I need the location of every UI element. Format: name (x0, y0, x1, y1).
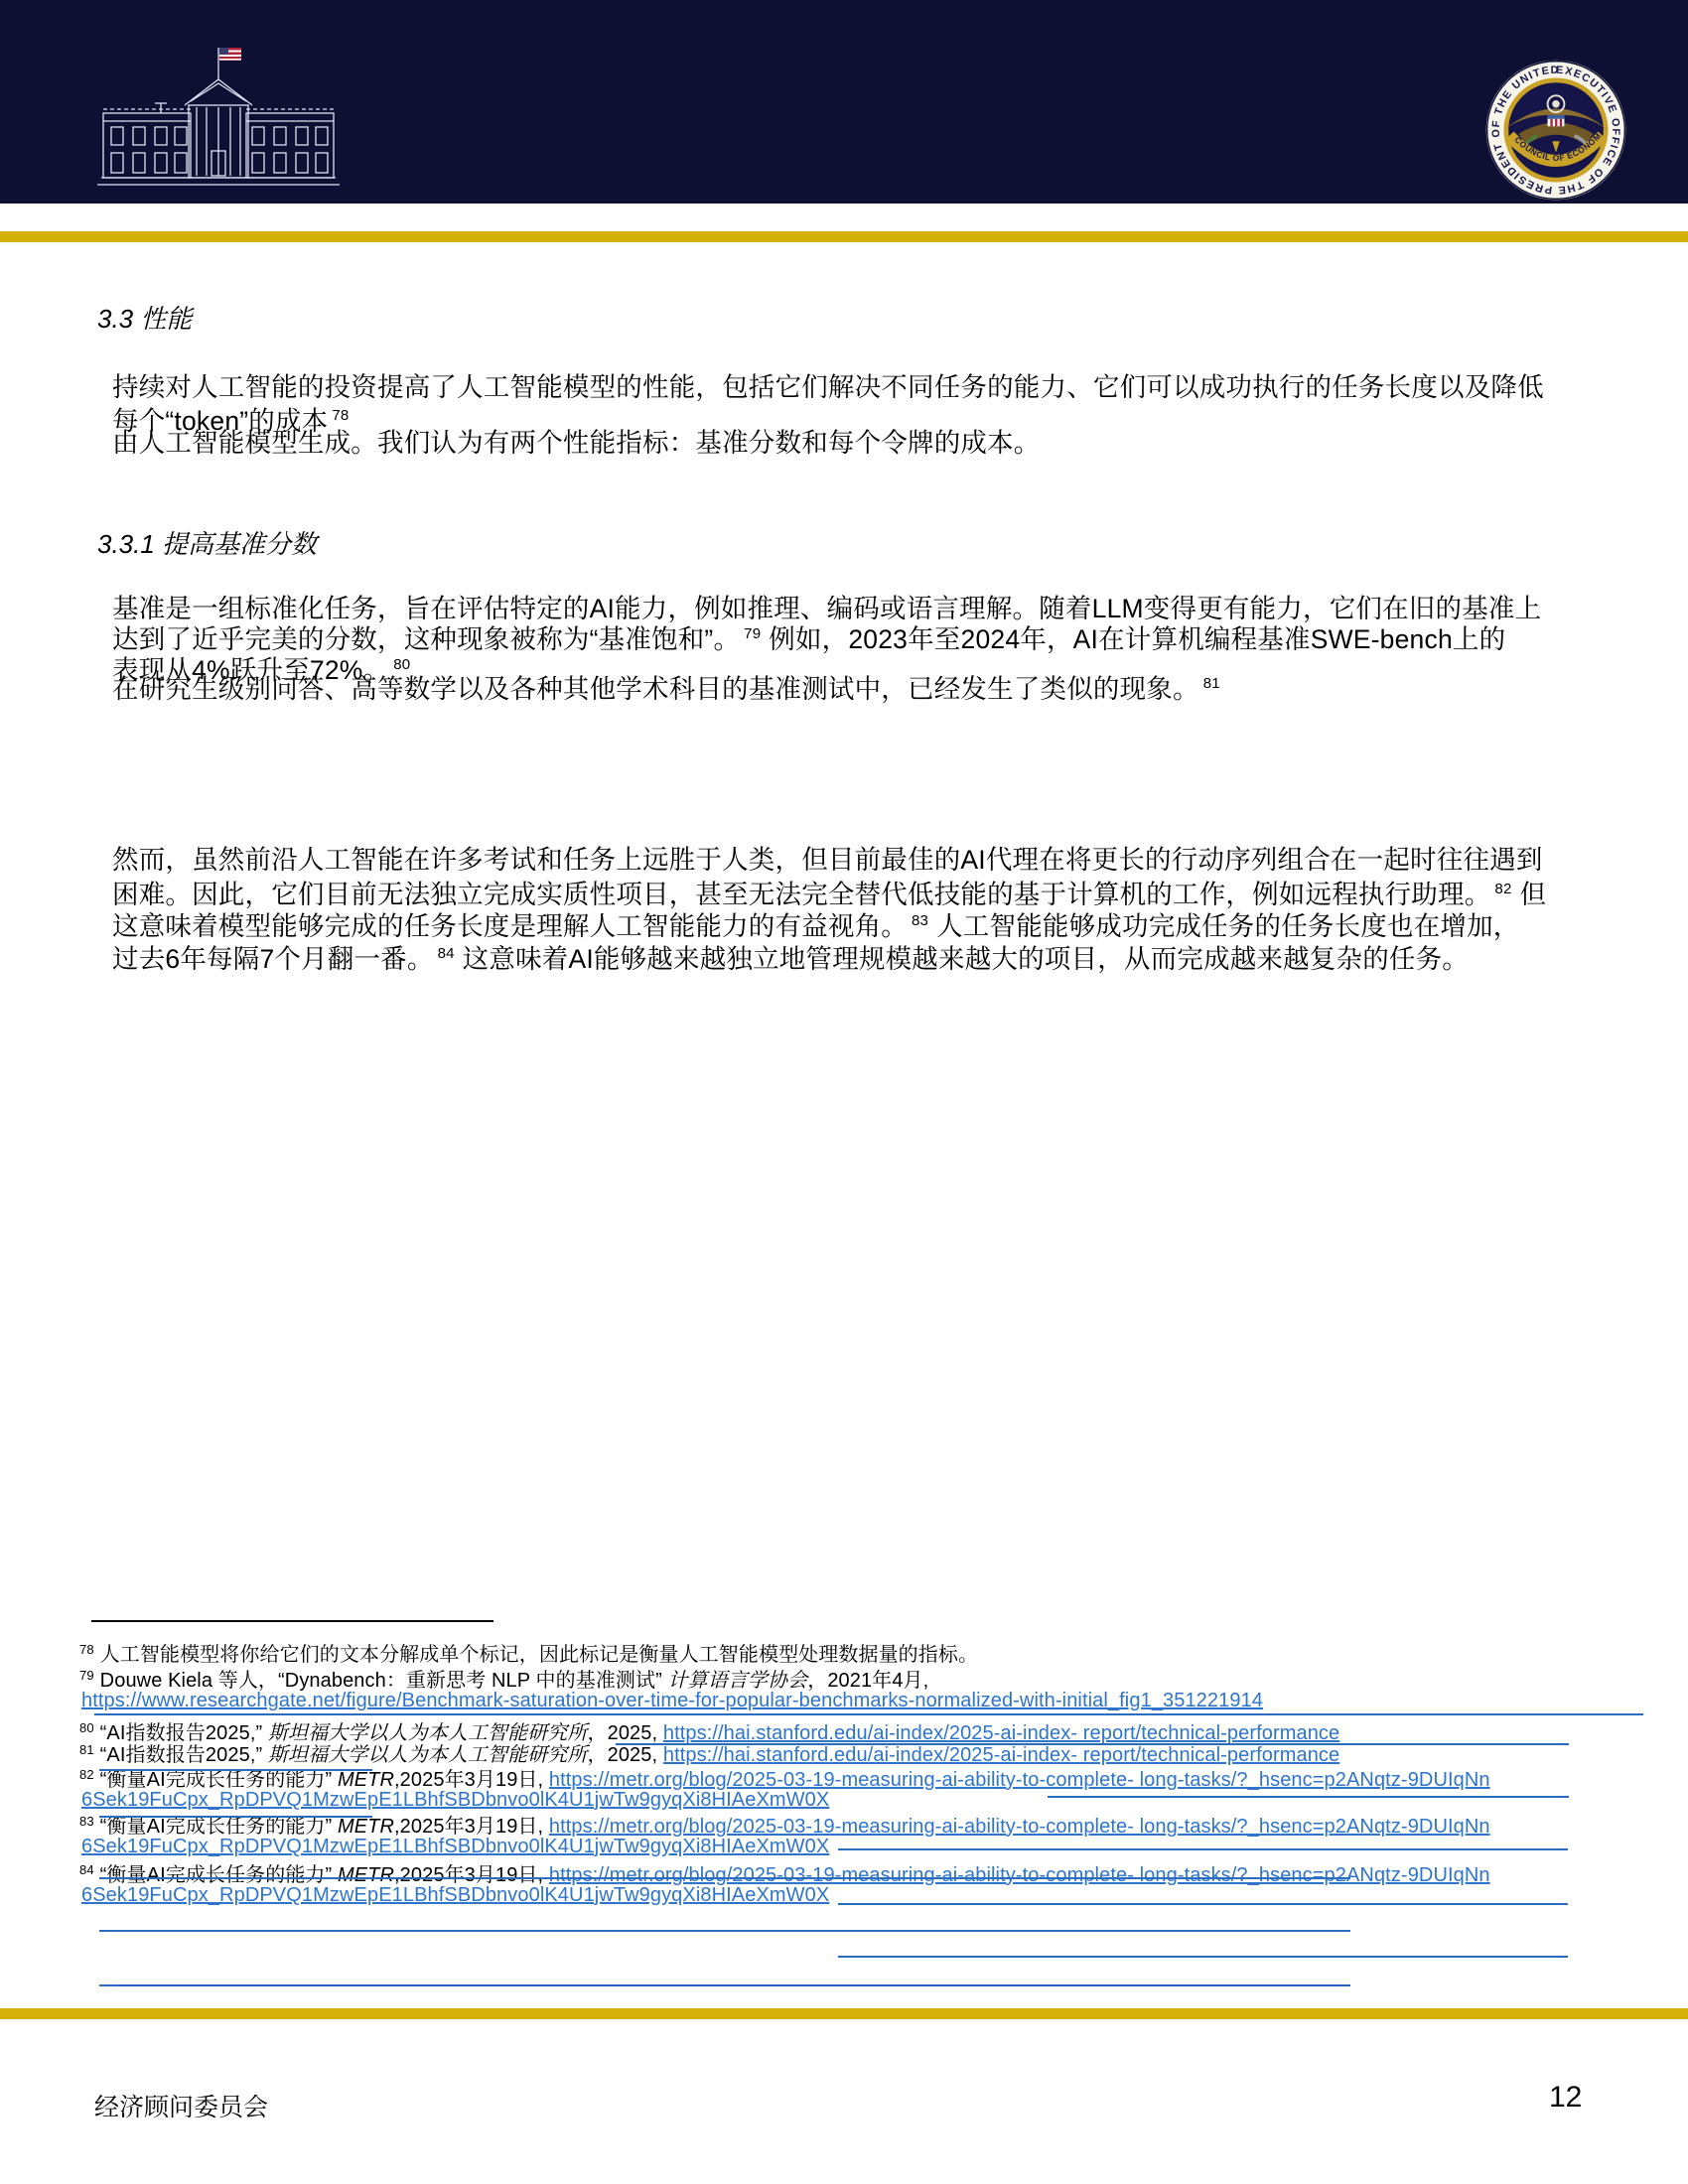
decorative-rule-1 (94, 1713, 1643, 1715)
top-gold-rule (0, 231, 1688, 242)
footnote-83: 83“衡量AI完成长任务的能力” METR,2025年3月19日, https:… (79, 1810, 1490, 1839)
footnote-83-number: 83 (79, 1814, 94, 1829)
footnote-82-date: ,2025年3月19日, (394, 1769, 543, 1791)
footnote-84-date: ,2025年3月19日, (394, 1864, 543, 1886)
decorative-rule-11 (99, 1984, 1350, 1986)
section-3-3-1-heading: 3.3.1 提高基准分数 (97, 524, 317, 561)
footnote-79-link[interactable]: https://www.researchgate.net/figure/Benc… (81, 1690, 1263, 1711)
p3-line4-text-a: 过去6年每隔7个月翻一番。 (112, 944, 434, 974)
footnote-ref-81[interactable]: 81 (1203, 675, 1220, 692)
footnote-78-number: 78 (79, 1642, 94, 1657)
footnote-82-number: 82 (79, 1767, 94, 1782)
footnote-ref-84[interactable]: 84 (438, 945, 455, 962)
footnote-78: 78人工智能模型将你给它们的文本分解成单个标记，因此标记是衡量人工智能模型处理数… (79, 1638, 978, 1667)
decorative-rule-8 (838, 1903, 1568, 1905)
footnote-82-source: METR (338, 1769, 394, 1791)
p3-line2-text-b: 但 (1520, 880, 1547, 909)
footnote-84-link[interactable]: https://metr.org/blog/2025-03-19-measuri… (549, 1864, 1490, 1886)
footnote-82: 82“衡量AI完成长任务的能力” METR,2025年3月19日, https:… (79, 1763, 1490, 1792)
decorative-rule-3 (99, 1769, 372, 1771)
footnote-ref-83[interactable]: 83 (912, 912, 928, 929)
p2-line4-text: 在研究生级别问答、高等数学以及各种其他学术科目的基准测试中，已经发生了类似的现象… (112, 674, 1199, 704)
p1-line3: 由人工智能模型生成。我们认为有两个性能指标：基准分数和每个令牌的成本。 (112, 421, 1041, 460)
decorative-rule-9 (99, 1930, 1350, 1932)
footer-organization: 经济顾问委员会 (94, 2088, 268, 2123)
footnote-ref-82[interactable]: 82 (1494, 881, 1511, 897)
decorative-rule-5 (99, 1816, 372, 1818)
decorative-rule-7 (99, 1877, 1350, 1879)
us-flag-icon (219, 48, 241, 61)
footnote-82-link[interactable]: https://metr.org/blog/2025-03-19-measuri… (549, 1769, 1490, 1791)
footnote-84: 84“衡量AI完成长任务的能力” METR,2025年3月19日, https:… (79, 1858, 1490, 1887)
footnote-79-link-line: https://www.researchgate.net/figure/Benc… (81, 1690, 1263, 1712)
p3-line1: 然而，虽然前沿人工智能在许多考试和任务上远胜于人类，但目前最佳的AI代理在将更长… (112, 838, 1543, 877)
footnote-78-text: 人工智能模型将你给它们的文本分解成单个标记，因此标记是衡量人工智能模型处理数据量… (100, 1644, 978, 1666)
footnote-80-number: 80 (79, 1720, 94, 1735)
footnote-84-link-line2: 6Sek19FuCpx_RpDPVQ1MzwEpE1LBhfSBDbnvo0lK… (81, 1884, 829, 1907)
footnote-84-text: “衡量AI完成长任务的能力” (100, 1864, 338, 1886)
cea-seal-icon: EXECUTIVE OFFICE OF THE PRESIDENT OF THE… (1481, 56, 1630, 205)
footnote-82-link-line2: 6Sek19FuCpx_RpDPVQ1MzwEpE1LBhfSBDbnvo0lK… (81, 1789, 829, 1812)
footnote-83-link[interactable]: https://metr.org/blog/2025-03-19-measuri… (549, 1816, 1490, 1838)
decorative-rule-6 (838, 1848, 1568, 1850)
footnote-79-number: 79 (79, 1668, 94, 1683)
footnote-ref-79[interactable]: 79 (744, 625, 761, 642)
p3-line4: 过去6年每隔7个月翻一番。84这意味着AI能够越来越独立地管理规模越来越大的项目… (112, 937, 1469, 976)
footnote-82-link-continued[interactable]: 6Sek19FuCpx_RpDPVQ1MzwEpE1LBhfSBDbnvo0lK… (81, 1789, 829, 1811)
p3-line4-text-b: 这意味着AI能够越来越独立地管理规模越来越大的项目，从而完成越来越复杂的任务。 (463, 944, 1469, 974)
footnote-83-date: ,2025年3月19日, (394, 1816, 543, 1838)
section-3-3-heading: 3.3 性能 (97, 299, 192, 336)
bottom-gold-rule (0, 2008, 1688, 2019)
decorative-rule-2 (616, 1743, 1569, 1745)
footnote-separator (91, 1620, 493, 1622)
footnote-84-source: METR (338, 1864, 394, 1886)
footnote-83-source: METR (338, 1816, 394, 1838)
white-house-icon (91, 34, 346, 197)
footnote-84-link-continued[interactable]: 6Sek19FuCpx_RpDPVQ1MzwEpE1LBhfSBDbnvo0lK… (81, 1884, 829, 1906)
footnote-79-date: ，2021年4月, (807, 1670, 928, 1692)
page-number: 12 (1549, 2081, 1582, 2115)
footnote-81-number: 81 (79, 1742, 94, 1757)
p2-line4: 在研究生级别问答、高等数学以及各种其他学术科目的基准测试中，已经发生了类似的现象… (112, 667, 1228, 706)
footnote-79-text: Douwe Kiela 等人，“Dynabench：重新思考 NLP 中的基准测… (100, 1670, 668, 1692)
footnote-82-text: “衡量AI完成长任务的能力” (100, 1769, 338, 1791)
footnote-84-number: 84 (79, 1862, 94, 1877)
page-header: EXECUTIVE OFFICE OF THE PRESIDENT OF THE… (0, 0, 1688, 204)
decorative-rule-4 (1048, 1796, 1569, 1798)
footnote-83-link-line2: 6Sek19FuCpx_RpDPVQ1MzwEpE1LBhfSBDbnvo0lK… (81, 1836, 829, 1858)
document-page: EXECUTIVE OFFICE OF THE PRESIDENT OF THE… (0, 0, 1688, 2184)
footnote-79-source: 计算语言学协会 (668, 1670, 808, 1692)
footnote-83-link-continued[interactable]: 6Sek19FuCpx_RpDPVQ1MzwEpE1LBhfSBDbnvo0lK… (81, 1836, 829, 1857)
p2-line2-text-b: 例如，2023年至2024年，AI在计算机编程基准SWE-bench上的 (769, 624, 1505, 654)
decorative-rule-10 (838, 1956, 1568, 1958)
footnote-79: 79Douwe Kiela 等人，“Dynabench：重新思考 NLP 中的基… (79, 1664, 928, 1693)
footnote-83-text: “衡量AI完成长任务的能力” (100, 1816, 338, 1838)
